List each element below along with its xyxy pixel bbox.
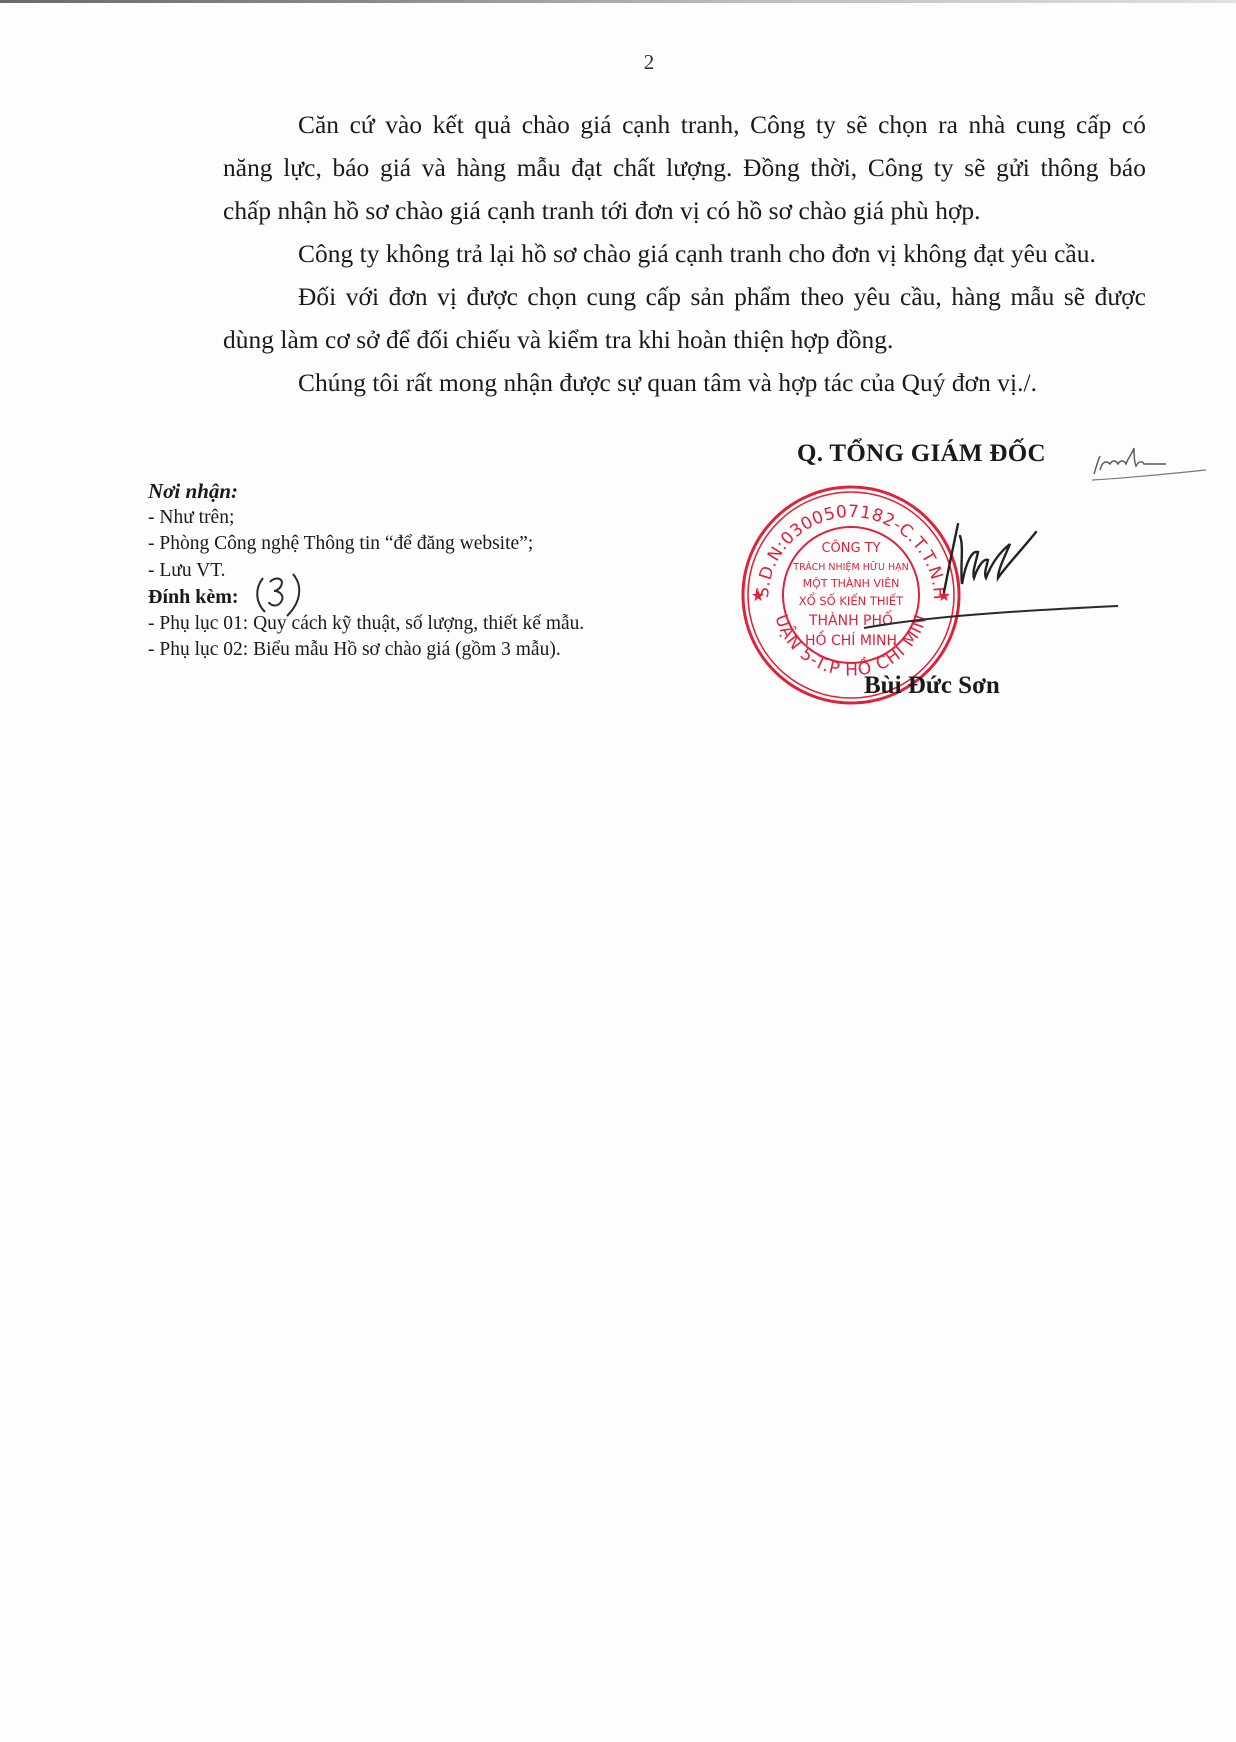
body-line: Chúng tôi rất mong nhận được sự quan tâm… <box>148 362 1146 405</box>
handwritten-initials <box>1088 430 1208 486</box>
page-number: 2 <box>0 50 1236 75</box>
letter-body: Căn cứ vào kết quả chào giá cạnh tranh, … <box>148 104 1146 405</box>
attachments-heading: Đính kèm: <box>148 584 584 611</box>
signer-title: Q. TỔNG GIÁM ĐỐC <box>797 440 1046 468</box>
paragraph-selection-result: Căn cứ vào kết quả chào giá cạnh tranh, … <box>148 104 1146 233</box>
body-line: Căn cứ vào kết quả chào giá cạnh tranh, … <box>148 104 1146 147</box>
body-line: dùng làm cơ sở để đối chiếu và kiểm tra … <box>148 319 1146 362</box>
body-line: chấp nhận hồ sơ chào giá cạnh tranh tới … <box>148 190 1146 233</box>
svg-text:HỒ CHÍ MINH: HỒ CHÍ MINH <box>805 630 897 649</box>
paragraph-samples: Đối với đơn vị được chọn cung cấp sản ph… <box>148 276 1146 362</box>
body-line: năng lực, báo giá và hàng mẫu đạt chất l… <box>148 147 1146 190</box>
recipient-item: - Lưu VT. <box>148 558 584 585</box>
attachment-item: - Phụ lục 01: Quy cách kỹ thuật, số lượn… <box>148 611 584 638</box>
body-line: Công ty không trả lại hồ sơ chào giá cạn… <box>148 233 1146 276</box>
recipient-item: - Phòng Công nghệ Thông tin “để đăng web… <box>148 531 584 558</box>
paragraph-closing: Chúng tôi rất mong nhận được sự quan tâm… <box>148 362 1146 405</box>
recipients-block: Nơi nhận: - Như trên; - Phòng Công nghệ … <box>148 478 584 664</box>
handwritten-copy-count: 3 <box>253 570 307 618</box>
paragraph-no-return: Công ty không trả lại hồ sơ chào giá cạn… <box>148 233 1146 276</box>
scan-edge <box>0 0 1236 3</box>
signature-block: Q. TỔNG GIÁM ĐỐC M.S.D.N:0300507182-C.T.… <box>780 436 1220 716</box>
handwritten-signature <box>860 522 1120 632</box>
attachment-item: - Phụ lục 02: Biểu mẫu Hồ sơ chào giá (g… <box>148 637 584 664</box>
body-line: Đối với đơn vị được chọn cung cấp sản ph… <box>148 276 1146 319</box>
recipient-item: - Như trên; <box>148 505 584 532</box>
recipients-heading: Nơi nhận: <box>148 478 584 505</box>
signer-name: Bùi Đức Sơn <box>864 672 1000 700</box>
svg-text:★: ★ <box>751 586 765 605</box>
